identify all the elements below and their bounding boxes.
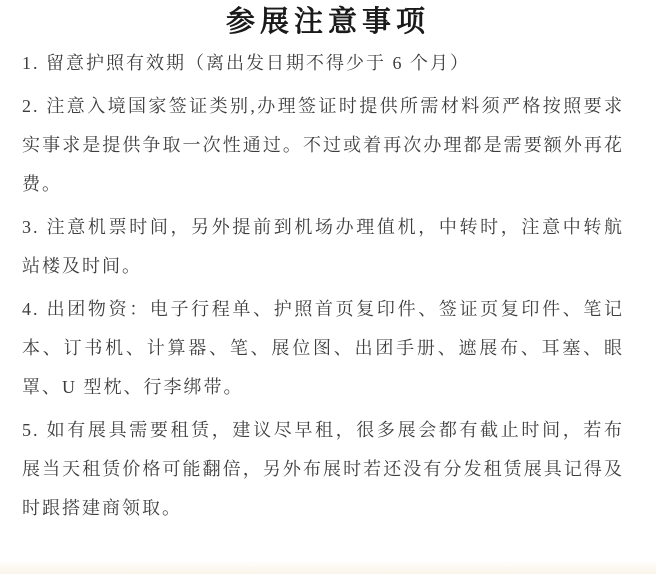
document-title: 参展注意事项: [0, 4, 656, 40]
notice-item-5: 5. 如有展具需要租赁，建议尽早租，很多展会都有截止时间，若布展当天租赁价格可能…: [22, 411, 624, 528]
page-bottom-edge: [0, 560, 656, 574]
notice-item-3: 3. 注意机票时间，另外提前到机场办理值机，中转时，注意中转航站楼及时间。: [22, 208, 624, 286]
document-page: 参展注意事项 1. 留意护照有效期（离出发日期不得少于 6 个月） 2. 注意入…: [0, 0, 656, 574]
document-body: 1. 留意护照有效期（离出发日期不得少于 6 个月） 2. 注意入境国家签证类别…: [0, 44, 656, 528]
notice-item-1: 1. 留意护照有效期（离出发日期不得少于 6 个月）: [22, 44, 624, 83]
notice-item-4: 4. 出团物资：电子行程单、护照首页复印件、签证页复印件、笔记本、订书机、计算器…: [22, 290, 624, 407]
notice-item-2: 2. 注意入境国家签证类别,办理签证时提供所需材料须严格按照要求实事求是提供争取…: [22, 87, 624, 204]
